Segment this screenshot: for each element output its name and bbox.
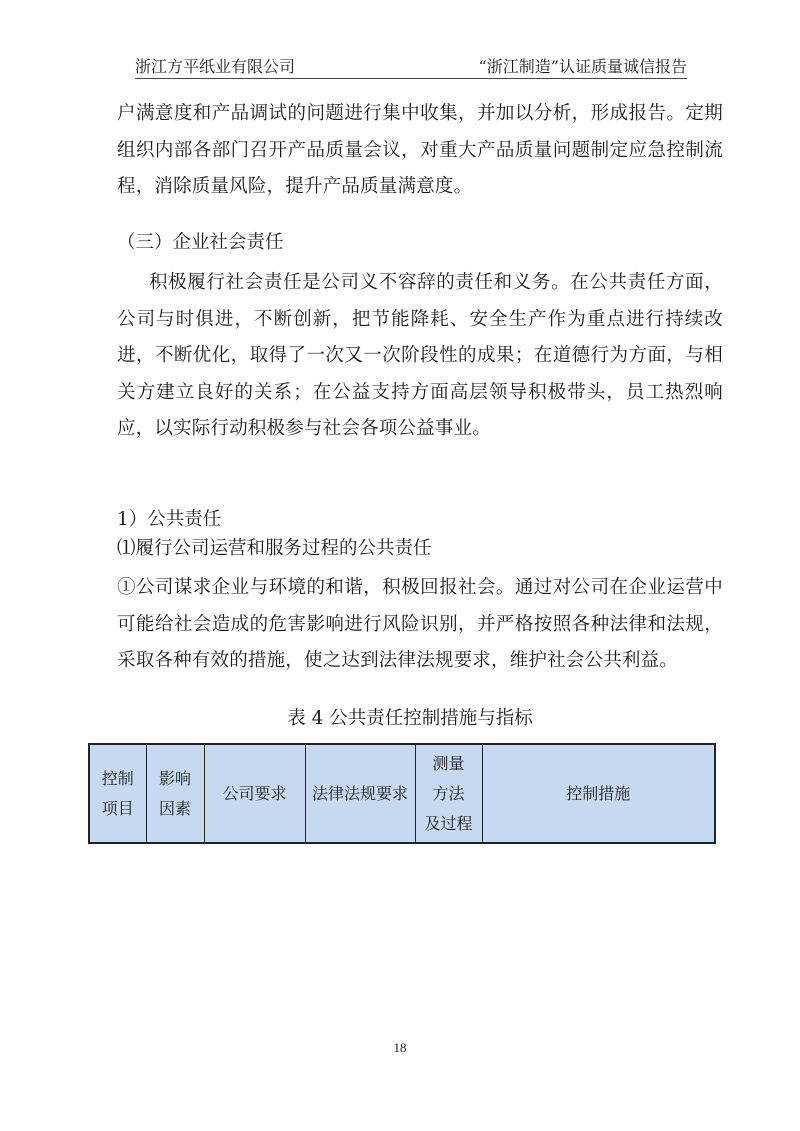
page-number: 18 (0, 1040, 800, 1056)
column-header-measurement-method: 测量 方法 及过程 (415, 744, 482, 843)
public-responsibility-table: 控制 项目 影响 因素 公司要求 法律法规要求 测量 方法 及过程 控制措施 (88, 743, 716, 844)
table-caption: 表 4 公共责任控制措施与指标 (0, 706, 800, 732)
paragraph-environment-harmony: ①公司谋求企业与环境的和谐，积极回报社会。通过对公司在企业运营中可能给社会造成的… (117, 570, 723, 680)
header-company-name: 浙江方平纸业有限公司 (135, 58, 295, 76)
page-header: 浙江方平纸业有限公司 “浙江制造”认证质量诚信报告 (135, 58, 687, 79)
paragraph-social-responsibility: 积极履行社会责任是公司义不容辞的责任和义务。在公共责任方面，公司与时俱进，不断创… (117, 265, 723, 448)
paragraph-quality-feedback: 户满意度和产品调试的问题进行集中收集，并加以分析，形成报告。定期组织内部各部门召… (117, 96, 723, 206)
column-header-legal-requirement: 法律法规要求 (305, 744, 415, 843)
section-heading-social-responsibility: （三）企业社会责任 (117, 228, 284, 258)
sub-heading-public-responsibility: 1）公共责任 (117, 505, 221, 535)
column-header-control-item: 控制 项目 (89, 744, 146, 843)
table-header-row: 控制 项目 影响 因素 公司要求 法律法规要求 测量 方法 及过程 控制措施 (89, 744, 715, 843)
column-header-impact-factor: 影响 因素 (146, 744, 204, 843)
column-header-company-requirement: 公司要求 (204, 744, 305, 843)
column-header-control-measures: 控制措施 (482, 744, 715, 843)
header-report-title: “浙江制造”认证质量诚信报告 (479, 58, 687, 76)
sub-heading-operations-responsibility: ⑴履行公司运营和服务过程的公共责任 (117, 534, 432, 564)
